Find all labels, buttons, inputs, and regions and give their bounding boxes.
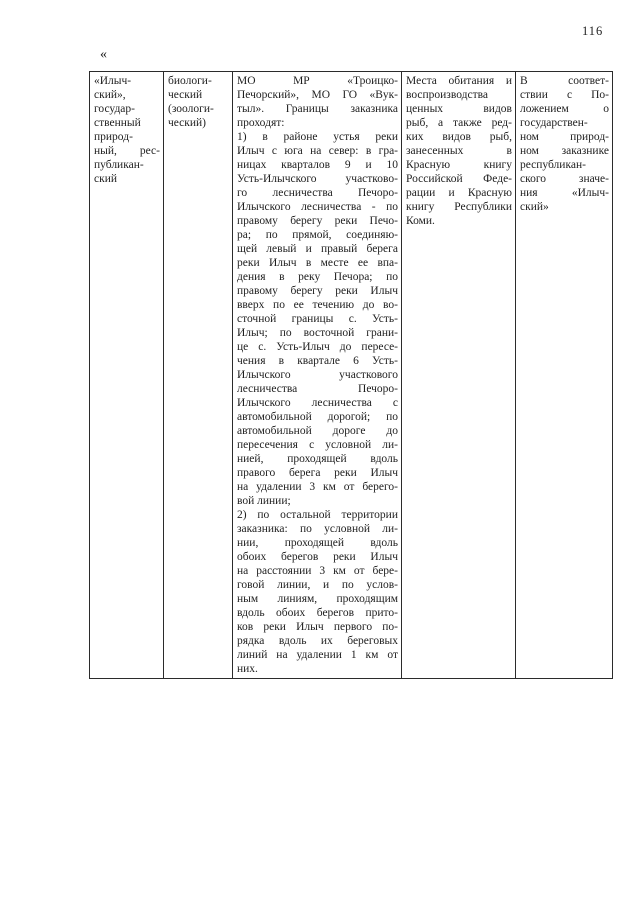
table-cell-reserve-name: «Илыч-ский»,государ-ственныйприрод-ный, … [90, 72, 164, 679]
cell-text-line: ский», [94, 88, 160, 102]
cell-text-line: публикан- [94, 158, 160, 172]
cell-text-line: нии, проходящей вдоль [237, 536, 398, 550]
cell-text-line: чения в квартале 6 Усть- [237, 354, 398, 368]
cell-text-line: го лесничества Печоро- [237, 186, 398, 200]
cell-text-line: В соответ- [520, 74, 609, 88]
cell-text-line: щей левый и правый берега [237, 242, 398, 256]
cell-text-line: обоих берегов реки Илыч [237, 550, 398, 564]
cell-text-line: ких видов рыб, [406, 130, 512, 144]
cell-text-line: правому берегу реки Илыч [237, 284, 398, 298]
cell-text-line: них. [237, 662, 398, 676]
cell-text-line: линий на удалении 1 км от [237, 648, 398, 662]
reserve-table: «Илыч-ский»,государ-ственныйприрод-ный, … [89, 71, 613, 679]
cell-text-line: Коми. [406, 214, 512, 228]
cell-text-line: воспроизводства [406, 88, 512, 102]
cell-text-line: ценных видов [406, 102, 512, 116]
cell-text-line: рядка вдоль их береговых [237, 634, 398, 648]
cell-text-line: рыб, а также ред- [406, 116, 512, 130]
cell-text-line: ствии с По- [520, 88, 609, 102]
cell-text-line: на удалении 3 км от берего- [237, 480, 398, 494]
table-row: «Илыч-ский»,государ-ственныйприрод-ный, … [90, 72, 613, 679]
cell-text-line: Российской Феде- [406, 172, 512, 186]
document-page: 116 « «Илыч-ский»,государ-ственныйприрод… [0, 0, 640, 905]
cell-text-line: вдоль обоих берегов прито- [237, 606, 398, 620]
table-cell-regime-reference: В соответ-ствии с По-ложением огосударст… [516, 72, 613, 679]
cell-text-line: биологи- [168, 74, 229, 88]
cell-text-line: Печорский», МО ГО «Вук- [237, 88, 398, 102]
cell-text-line: республикан- [520, 158, 609, 172]
page-number: 116 [582, 24, 603, 39]
cell-text-line: лесничества Печоро- [237, 382, 398, 396]
cell-text-line: заказника: по условной ли- [237, 522, 398, 536]
cell-text-line: книгу Республики [406, 200, 512, 214]
cell-text-line: тыл». Границы заказника [237, 102, 398, 116]
cell-text-line: 2) по остальной территории [237, 508, 398, 522]
cell-text-line: ном природ- [520, 130, 609, 144]
cell-text-line: проходят: [237, 116, 398, 130]
cell-text-line: це с. Усть-Илыч до пересе- [237, 340, 398, 354]
cell-text-line: автомобильной дорогой; по [237, 410, 398, 424]
cell-text-line: ский [94, 172, 160, 186]
cell-text-line: 1) в районе устья реки [237, 130, 398, 144]
cell-text-line: ков реки Илыч первого по- [237, 620, 398, 634]
table-cell-protected-objects: Места обитания ивоспроизводстваценных ви… [402, 72, 516, 679]
cell-text-line: вой линии; [237, 494, 398, 508]
cell-text-line: ский» [520, 200, 609, 214]
cell-text-line: сточной границы с. Усть- [237, 312, 398, 326]
cell-text-line: ным линиям, проходящим [237, 592, 398, 606]
cell-text-line: автомобильной дороге до [237, 424, 398, 438]
cell-text-line: ницах кварталов 9 и 10 [237, 158, 398, 172]
cell-text-line: (зоологи- [168, 102, 229, 116]
cell-text-line: вверх по ее течению до во- [237, 298, 398, 312]
cell-text-line: на расстоянии 3 км от бере- [237, 564, 398, 578]
cell-text-line: ского значе- [520, 172, 609, 186]
cell-text-line: ческий) [168, 116, 229, 130]
cell-text-line: ческий [168, 88, 229, 102]
cell-text-line: ния «Илыч- [520, 186, 609, 200]
cell-text-line: Илычского лесничества с [237, 396, 398, 410]
table-cell-location-borders: МО МР «Троицко-Печорский», МО ГО «Вук-ты… [233, 72, 402, 679]
cell-text-line: ный, рес- [94, 144, 160, 158]
cell-text-line: нией, проходящей вдоль [237, 452, 398, 466]
cell-text-line: Усть-Илычского участково- [237, 172, 398, 186]
cell-text-line: говой линии, и по услов- [237, 578, 398, 592]
cell-text-line: Илычского участкового [237, 368, 398, 382]
cell-text-line: занесенных в [406, 144, 512, 158]
cell-text-line: государствен- [520, 116, 609, 130]
cell-text-line: государ- [94, 102, 160, 116]
cell-text-line: Илычского лесничества - по [237, 200, 398, 214]
cell-text-line: дения в реку Печора; по [237, 270, 398, 284]
cell-text-line: ложением о [520, 102, 609, 116]
cell-text-line: правому берегу реки Печо- [237, 214, 398, 228]
cell-text-line: «Илыч- [94, 74, 160, 88]
cell-text-line: Места обитания и [406, 74, 512, 88]
cell-text-line: Красную книгу [406, 158, 512, 172]
cell-text-line: ра; по прямой, соединяю- [237, 228, 398, 242]
cell-text-line: рации и Красную [406, 186, 512, 200]
cell-text-line: Илыч; по восточной грани- [237, 326, 398, 340]
cell-text-line: природ- [94, 130, 160, 144]
cell-text-line: правого берега реки Илыч [237, 466, 398, 480]
opening-quote-mark: « [100, 47, 107, 63]
table-cell-reserve-profile: биологи-ческий(зоологи-ческий) [164, 72, 233, 679]
cell-text-line: пересечения с условной ли- [237, 438, 398, 452]
cell-text-line: Илыч с юга на север: в гра- [237, 144, 398, 158]
cell-text-line: ном заказнике [520, 144, 609, 158]
cell-text-line: МО МР «Троицко- [237, 74, 398, 88]
cell-text-line: реки Илыч в месте ее впа- [237, 256, 398, 270]
cell-text-line: ственный [94, 116, 160, 130]
